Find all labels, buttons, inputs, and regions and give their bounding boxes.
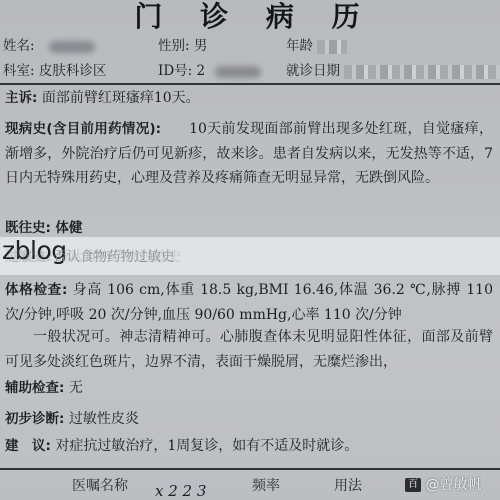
- auxiliary-exam-label: 辅助检查:: [5, 380, 64, 396]
- header-divider: [0, 83, 500, 85]
- department-value: 皮肤科诊区: [39, 63, 107, 79]
- physical-exam-findings: 一般状况可。神志清精神可。心肺腹查体未见明显阳性体征，面部及前臂可见多处淡红色斑…: [5, 325, 493, 374]
- diagnosis-text: 过敏性皮炎: [69, 411, 139, 427]
- handwritten-note: x 2 2 3: [155, 482, 206, 500]
- gender-field: 性别: 男: [158, 37, 207, 55]
- orders-col-frequency: 频率: [252, 475, 280, 495]
- physical-exam: 体格检查: 身高 106 cm,体重 18.5 kg,BMI 16.46,体温 …: [5, 278, 493, 327]
- present-illness-label: 现病史(含目前用药情况):: [5, 121, 161, 137]
- chief-complaint-text: 面部前臂红斑瘙痒10天。: [42, 90, 200, 106]
- patient-name-field: 姓名:: [3, 37, 95, 55]
- chief-complaint-label: 主诉:: [5, 90, 37, 106]
- watermark-text: @曾敏帆: [425, 477, 481, 493]
- name-label: 姓名:: [3, 38, 35, 54]
- overlay-allergy-ghost: 过敏史:否认食物药物过敏史: [8, 248, 175, 266]
- age-label: 年龄: [286, 38, 313, 54]
- department-label: 科室:: [3, 63, 35, 79]
- id-value-visible: 2: [197, 63, 206, 79]
- auxiliary-exam: 辅助检查: 无: [5, 376, 493, 401]
- age-field: 年龄: [286, 37, 347, 55]
- age-redacted: [317, 40, 347, 54]
- visit-date-redacted: [344, 65, 500, 79]
- visit-date-field: 就诊日期: [286, 62, 500, 80]
- orders-divider: [0, 468, 500, 470]
- id-label: ID号:: [158, 63, 192, 79]
- auxiliary-exam-text: 无: [69, 380, 83, 396]
- orders-col-name: 医嘱名称: [72, 475, 128, 495]
- chief-complaint: 主诉: 面部前臂红斑瘙痒10天。: [5, 86, 493, 111]
- advice-text: 对症抗过敏治疗，1周复诊，如有不适及时就诊。: [55, 438, 358, 454]
- present-illness: 现病史(含目前用药情况):10天前发现面部前臂出现多处红斑，自觉瘙痒，渐增多，外…: [5, 117, 493, 191]
- physical-exam-label: 体格检查:: [5, 282, 67, 298]
- advice: 建 议: 对症抗过敏治疗，1周复诊，如有不适及时就诊。: [5, 434, 493, 459]
- past-history-label: 既往史:: [5, 220, 51, 236]
- id-field: ID号: 2: [158, 62, 261, 80]
- gender-value: 男: [194, 38, 208, 54]
- medical-record-page: 门 诊 病 历 姓名: 性别: 男 年龄 科室: 皮肤科诊区 ID号: 2 就诊…: [0, 0, 500, 500]
- id-redacted: [215, 66, 261, 78]
- advice-label: 建 议:: [5, 438, 51, 454]
- past-history-text: 体健: [55, 220, 82, 236]
- diagnosis: 初步诊断: 过敏性皮炎: [5, 407, 493, 432]
- paw-logo-icon: 百: [405, 478, 421, 492]
- orders-col-usage: 用法: [334, 475, 362, 495]
- physical-exam-vitals: 身高 106 cm,体重 18.5 kg,BMI 16.46,体温 36.2 ℃…: [5, 282, 493, 323]
- gender-label: 性别:: [158, 38, 190, 54]
- diagnosis-label: 初步诊断:: [5, 411, 64, 427]
- name-redacted: [49, 41, 95, 53]
- visit-date-label: 就诊日期: [286, 63, 340, 79]
- platform-watermark: 百 @曾敏帆: [405, 474, 481, 494]
- department-field: 科室: 皮肤科诊区: [3, 62, 106, 80]
- document-title: 门 诊 病 历: [0, 0, 500, 34]
